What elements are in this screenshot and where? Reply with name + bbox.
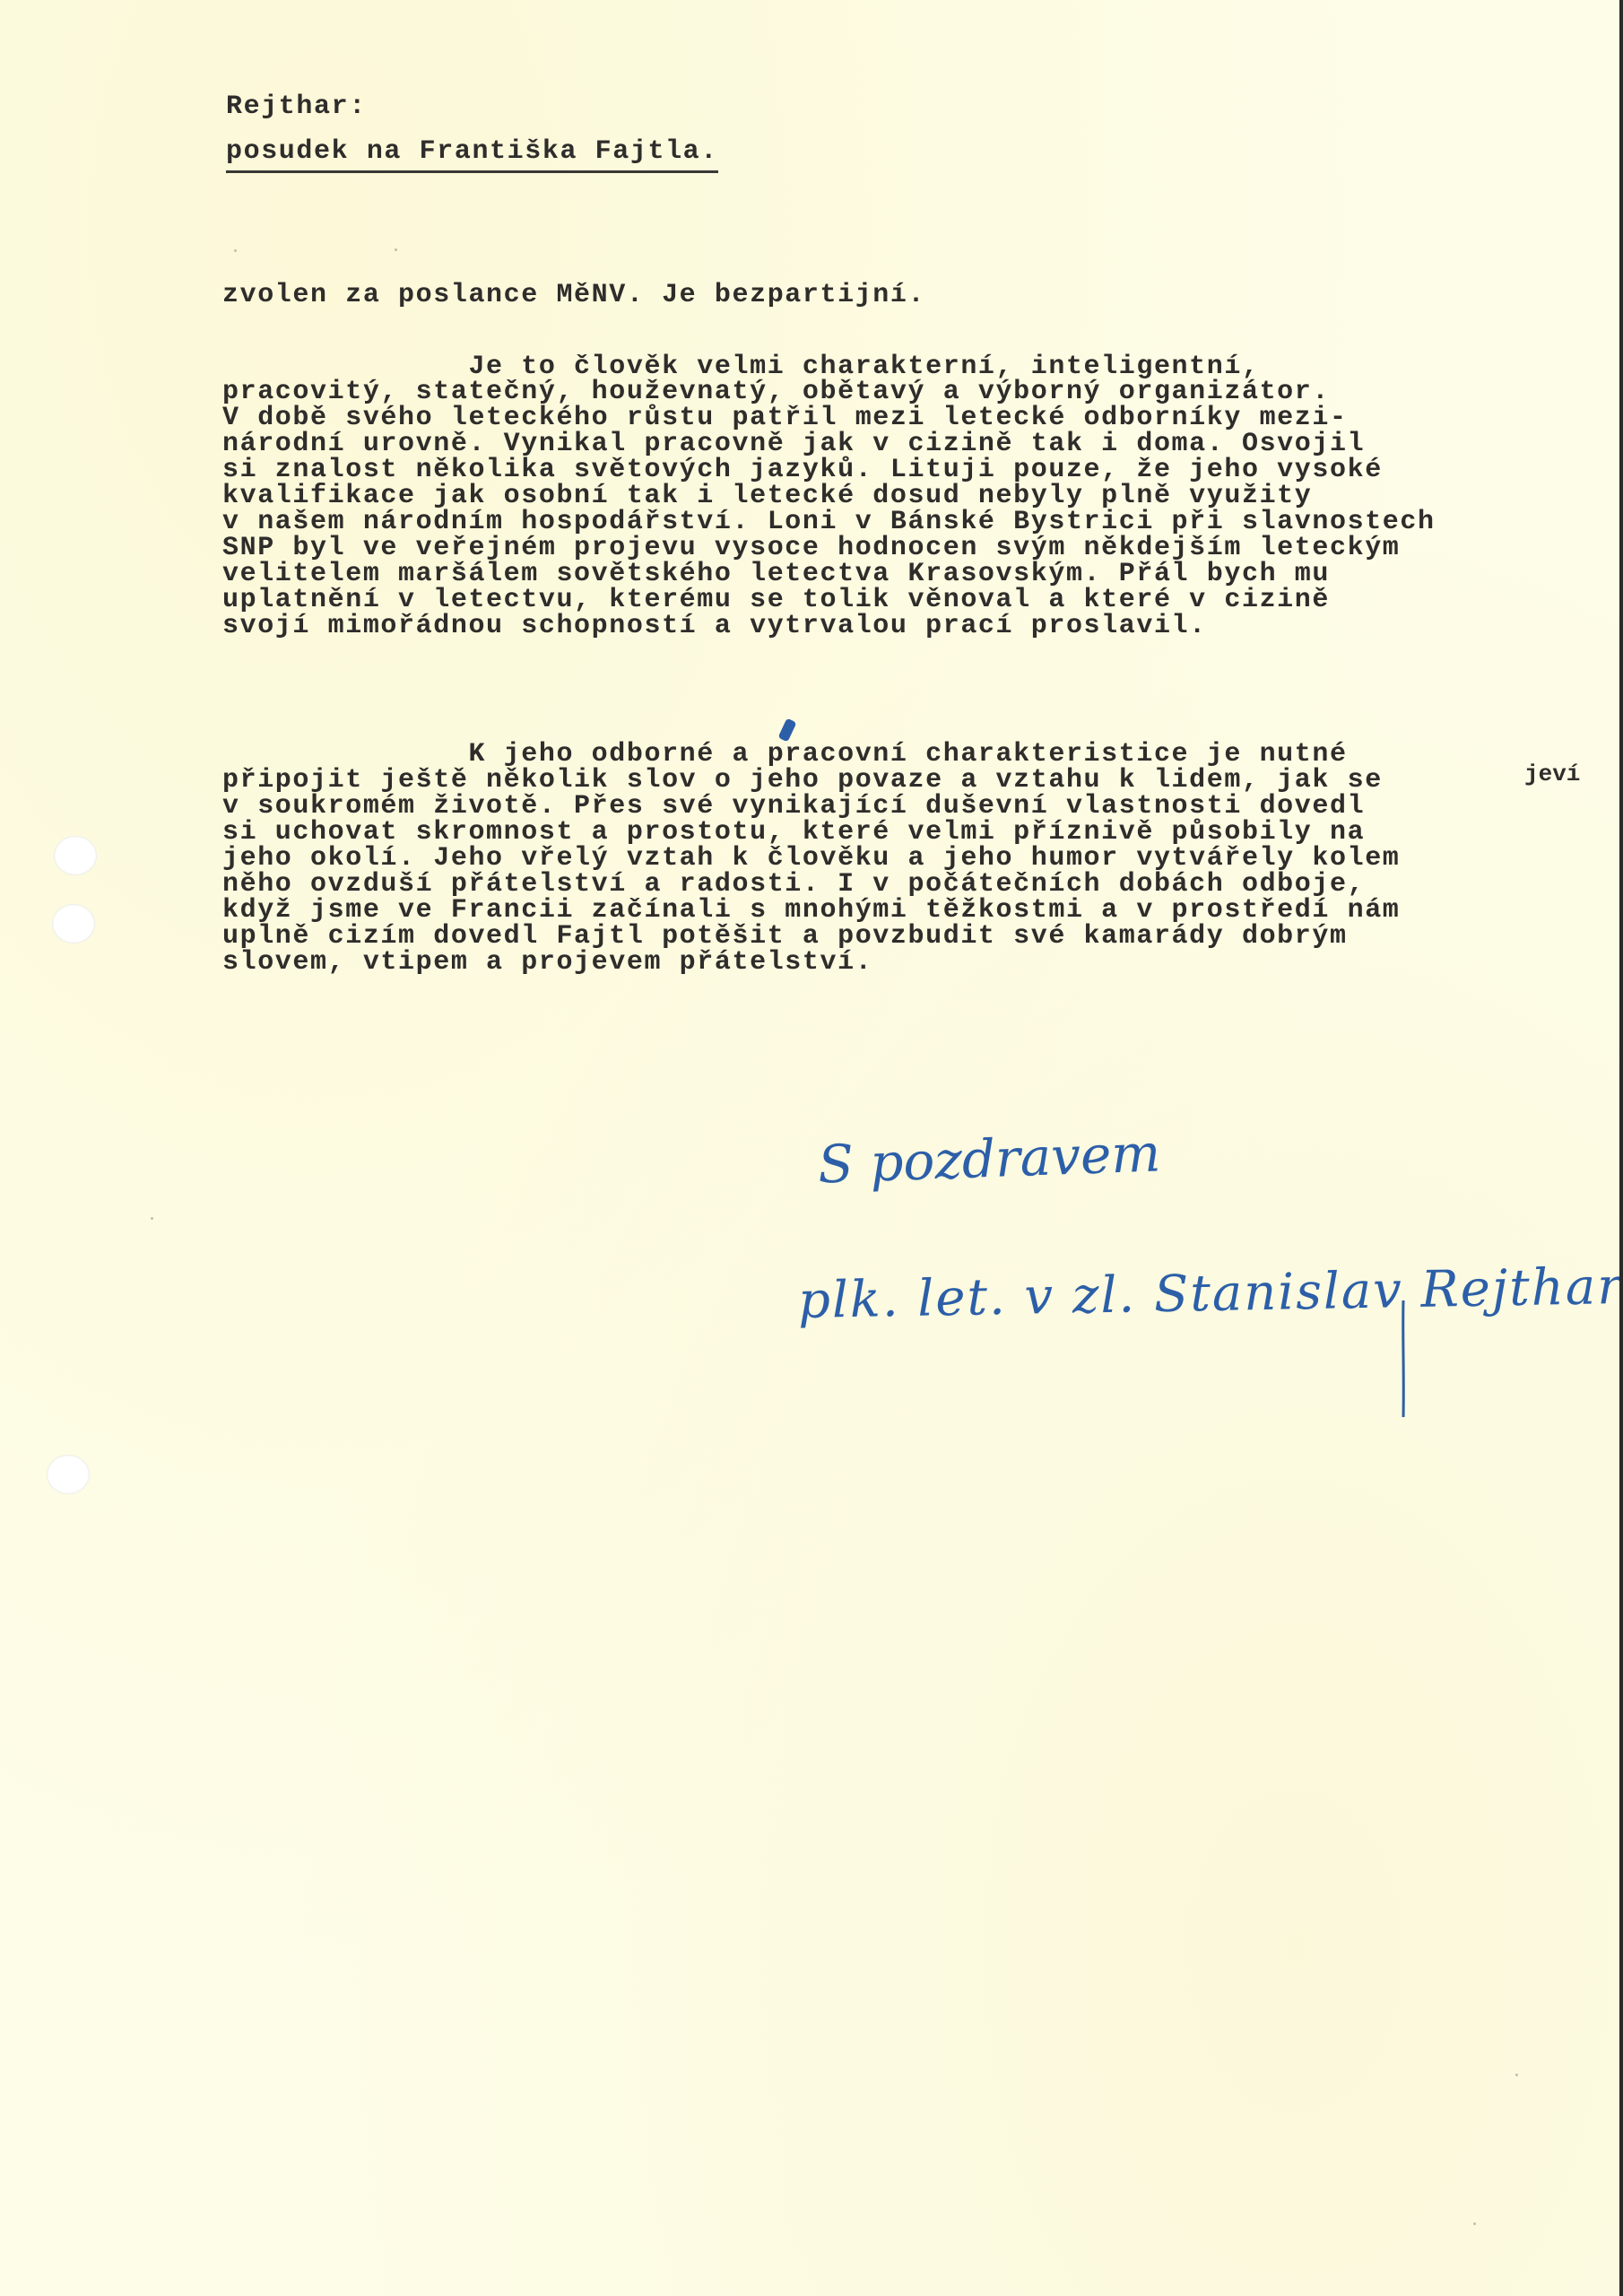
text-line: K jeho odborné a pracovní charakteristic… [222, 741, 1348, 768]
document-title: posudek na Františka Fajtla. [226, 138, 718, 173]
text-line: připojit ještě několik slov o jeho povaz… [222, 767, 1383, 794]
paper-speck [234, 249, 237, 252]
punch-hole [52, 904, 95, 944]
text-line: si znalost několika světových jazyků. Li… [222, 457, 1383, 483]
text-line: národní urovně. Vynikal pracovně jak v c… [222, 430, 1365, 457]
text-line: velitelem maršálem sovětského letectva K… [222, 561, 1330, 587]
text-line: kvalifikace jak osobní tak i letecké dos… [222, 483, 1312, 509]
scan-edge [1619, 0, 1623, 2296]
text-line: v našem národním hospodářství. Loni v Bá… [222, 509, 1436, 535]
paper-speck [1473, 2222, 1476, 2225]
text-line: něho ovzduší přátelství a radosti. I v p… [222, 871, 1365, 898]
text-line: když jsme ve Francii začínali s mnohými … [222, 897, 1400, 924]
text-line: svojí mimořádnou schopností a vytrvalou … [222, 613, 1207, 639]
paper-speck [1515, 2074, 1518, 2076]
typed-insertion: jeví [1524, 761, 1580, 787]
paper-speck [395, 248, 397, 251]
paper-speck [151, 1217, 153, 1220]
punch-hole [54, 836, 97, 875]
text-line: slovem, vtipem a projevem přátelství. [222, 949, 872, 976]
signature-flourish [1399, 1300, 1408, 1417]
text-line: v soukromém životě. Přes své vynikající … [222, 793, 1365, 820]
text-line: zvolen za poslance MěNV. Je bezpartijní. [222, 282, 925, 309]
text-line: SNP byl ve veřejném projevu vysoce hodno… [222, 535, 1400, 561]
text-line: jeho okolí. Jeho vřelý vztah k člověku a… [222, 845, 1400, 872]
document-page: Rejthar: posudek na Františka Fajtla. zv… [0, 0, 1619, 2296]
author-header: Rejthar: [226, 93, 367, 120]
text-line: pracovitý, statečný, houževnatý, obětavý… [222, 378, 1330, 405]
text-line: si uchovat skromnost a prostotu, které v… [222, 819, 1365, 846]
punch-hole [47, 1455, 90, 1494]
text-line: uplatnění v letectvu, kterému se tolik v… [222, 587, 1330, 613]
handwritten-signature: plk. let. v zl. Stanislav Rejthar [798, 1257, 1623, 1330]
text-line: V době svého leteckého růstu patřil mezi… [222, 404, 1348, 431]
text-line: uplně cizím dovedl Fajtl potěšit a povzb… [222, 923, 1348, 950]
handwritten-greeting: S pozdravem [817, 1122, 1161, 1195]
